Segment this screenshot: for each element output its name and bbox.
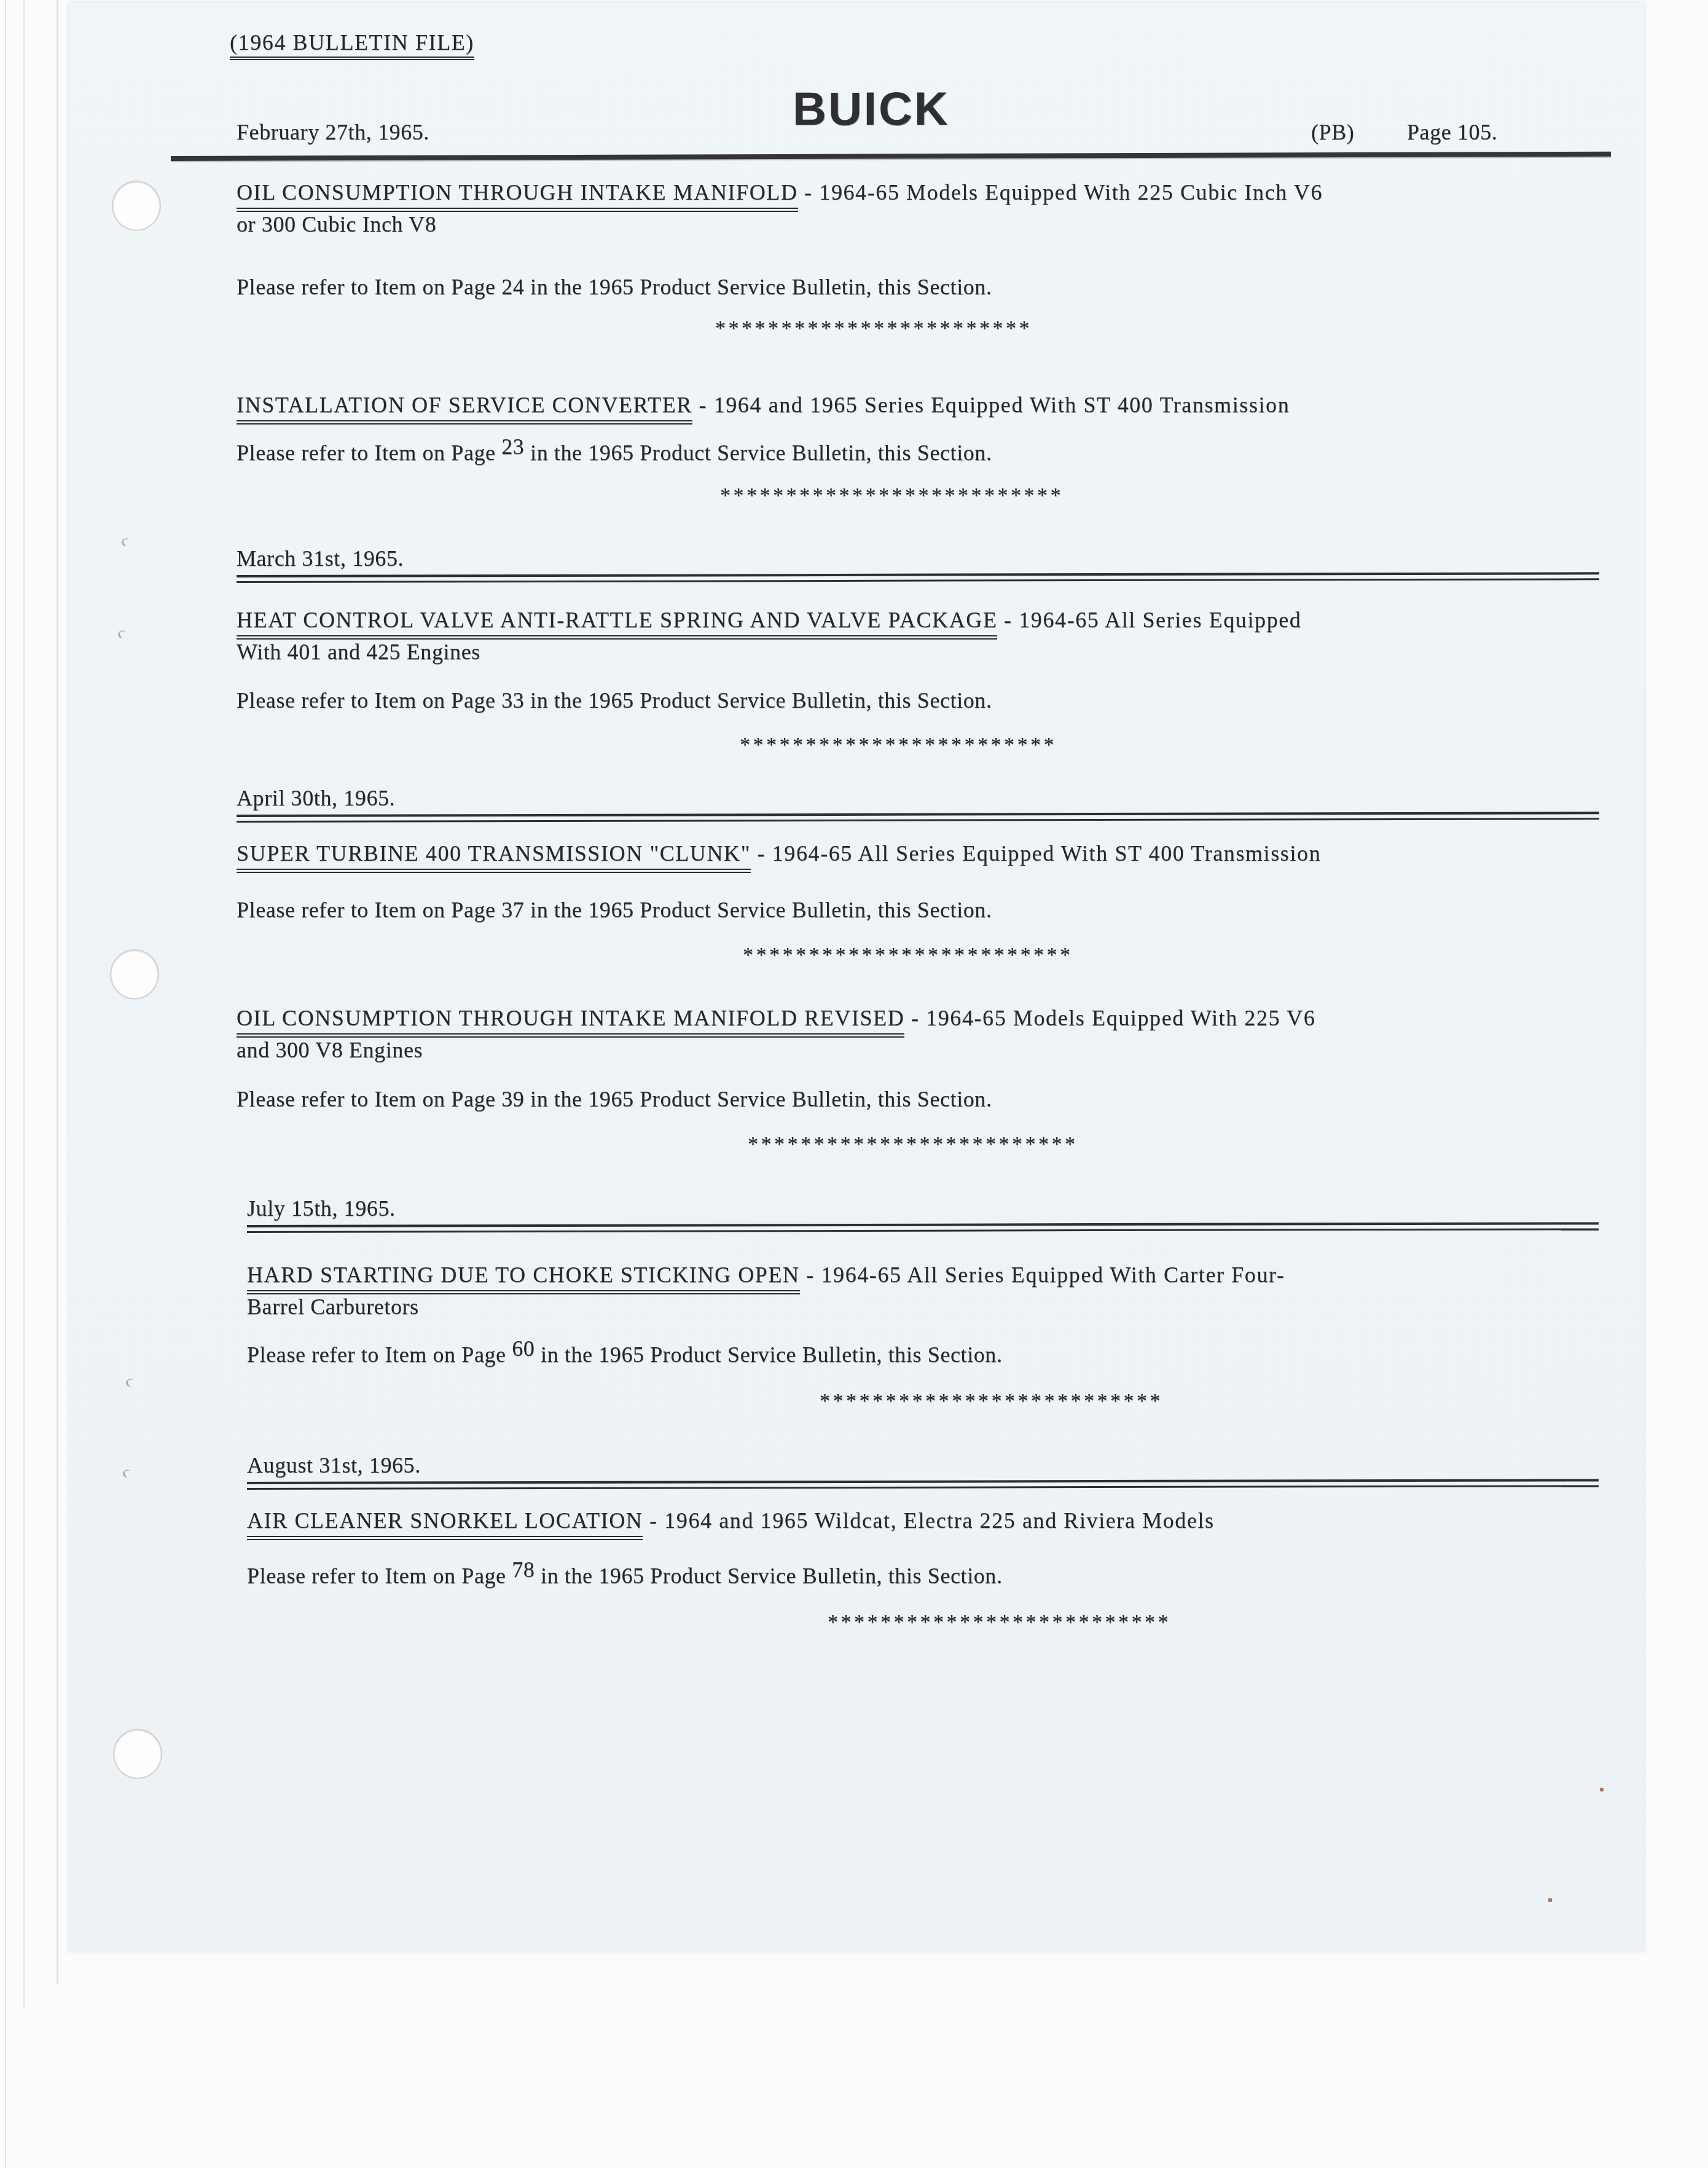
page-code: (PB) [1311,119,1354,145]
section-body: Please refer to Item on Page 24 in the 1… [237,274,992,300]
section-body: Please refer to Item on Page 33 in the 1… [237,687,992,713]
referenced-page-number: 23 [501,434,524,460]
section-body: Please refer to Item on Page 60 in the 1… [247,1342,1003,1368]
asterisk-separator: ************************ [740,734,1057,757]
asterisk-separator: ************************* [748,1133,1078,1156]
section-body: Please refer to Item on Page 23 in the 1… [237,440,992,466]
section-heading: INSTALLATION OF SERVICE CONVERTER - 1964… [237,392,1290,418]
body-text: in the 1965 Product Service Bulletin, th… [524,898,992,922]
issue-date: February 27th, 1965. [237,119,429,145]
brand-logo: BUICK [793,82,950,136]
section-title: INSTALLATION OF SERVICE CONVERTER [237,393,692,425]
date-rule [247,1479,1599,1490]
section-title: OIL CONSUMPTION THROUGH INTAKE MANIFOLD … [237,1006,904,1038]
section-heading-line2: or 300 Cubic Inch V8 [237,211,436,237]
date-rule [237,572,1599,583]
section-heading: HARD STARTING DUE TO CHOKE STICKING OPEN… [247,1262,1285,1288]
page-stack-edge [23,0,25,2008]
section-title-rest: - 1964-65 All Series Equipped With ST 40… [751,841,1321,866]
punch-hole [110,949,159,1000]
section-title: AIR CLEANER SNORKEL LOCATION [247,1508,643,1540]
section-title-rest: - 1964 and 1965 Series Equipped With ST … [692,393,1290,417]
asterisk-separator: ************************* [743,944,1073,967]
asterisk-separator: ************************** [820,1390,1163,1413]
section-title-rest: - 1964-65 All Series Equipped [997,608,1301,632]
section-title: SUPER TURBINE 400 TRANSMISSION "CLUNK" [237,841,751,873]
body-text: Please refer to Item on Page [247,1342,512,1367]
page-number: Page 105. [1407,119,1497,145]
section-title-rest: - 1964-65 All Series Equipped With Carte… [800,1262,1285,1287]
asterisk-separator: ************************** [828,1611,1171,1634]
date-rule [237,812,1599,823]
date-header: August 31st, 1965. [247,1452,421,1478]
section-heading-line2: and 300 V8 Engines [237,1037,423,1063]
scan-artifact [122,1468,133,1479]
section-body: Please refer to Item on Page 78 in the 1… [247,1563,1003,1589]
body-text: Please refer to Item on Page [237,688,501,713]
asterisk-separator: ************************ [715,317,1032,340]
header-rule [171,152,1611,161]
scanned-document: { "document": { "binder_label": "(1964 B… [0,0,1708,2168]
section-heading: OIL CONSUMPTION THROUGH INTAKE MANIFOLD … [237,1005,1315,1031]
referenced-page-number: 24 [501,274,524,300]
section-title: HARD STARTING DUE TO CHOKE STICKING OPEN [247,1262,800,1294]
referenced-page-number: 37 [501,897,524,923]
body-text: Please refer to Item on Page [247,1563,512,1588]
date-header: March 31st, 1965. [237,546,404,571]
section-title: OIL CONSUMPTION THROUGH INTAKE MANIFOLD [237,180,798,212]
scan-artifact [120,537,131,547]
asterisk-separator: ************************** [720,484,1064,507]
body-text: in the 1965 Product Service Bulletin, th… [535,1563,1002,1588]
binder-label: (1964 BULLETIN FILE) [230,29,474,55]
section-heading: AIR CLEANER SNORKEL LOCATION - 1964 and … [247,1508,1215,1533]
section-heading: SUPER TURBINE 400 TRANSMISSION "CLUNK" -… [237,840,1321,866]
scan-artifact [1548,1898,1552,1902]
section-heading-line2: With 401 and 425 Engines [237,639,480,665]
referenced-page-number: 60 [512,1336,535,1361]
body-text: in the 1965 Product Service Bulletin, th… [524,1087,992,1111]
body-text: in the 1965 Product Service Bulletin, th… [535,1342,1002,1367]
scan-artifact [117,629,128,640]
section-title-rest: - 1964-65 Models Equipped With 225 V6 [904,1006,1315,1030]
body-text: Please refer to Item on Page [237,1087,501,1111]
section-heading: OIL CONSUMPTION THROUGH INTAKE MANIFOLD … [237,179,1323,205]
body-text: in the 1965 Product Service Bulletin, th… [524,275,992,299]
referenced-page-number: 39 [501,1086,524,1112]
section-body: Please refer to Item on Page 39 in the 1… [237,1086,992,1112]
body-text: Please refer to Item on Page [237,275,501,299]
body-text: Please refer to Item on Page [237,440,501,465]
page-stack-edge [57,0,58,1984]
punch-hole [113,1729,162,1779]
scanner-edge-line [5,0,6,2168]
date-rule [247,1222,1599,1233]
section-title: HEAT CONTROL VALVE ANTI-RATTLE SPRING AN… [237,608,997,640]
section-body: Please refer to Item on Page 37 in the 1… [237,897,992,923]
referenced-page-number: 33 [501,687,524,713]
section-title-rest: - 1964 and 1965 Wildcat, Electra 225 and… [643,1508,1214,1533]
section-heading: HEAT CONTROL VALVE ANTI-RATTLE SPRING AN… [237,607,1301,633]
body-text: in the 1965 Product Service Bulletin, th… [524,688,992,713]
section-title-rest: - 1964-65 Models Equipped With 225 Cubic… [798,180,1323,205]
paper-sheet: (1964 BULLETIN FILE) BUICK February 27th… [69,2,1644,1951]
body-text: Please refer to Item on Page [237,898,501,922]
punch-hole [112,181,161,231]
date-header: April 30th, 1965. [237,785,395,811]
binder-label-text: (1964 BULLETIN FILE) [230,30,474,60]
date-header: July 15th, 1965. [247,1196,396,1221]
section-heading-line2: Barrel Carburetors [247,1294,419,1320]
scan-artifact [1600,1788,1604,1791]
referenced-page-number: 78 [512,1557,535,1583]
body-text: in the 1965 Product Service Bulletin, th… [524,440,992,465]
scan-artifact [125,1377,136,1388]
